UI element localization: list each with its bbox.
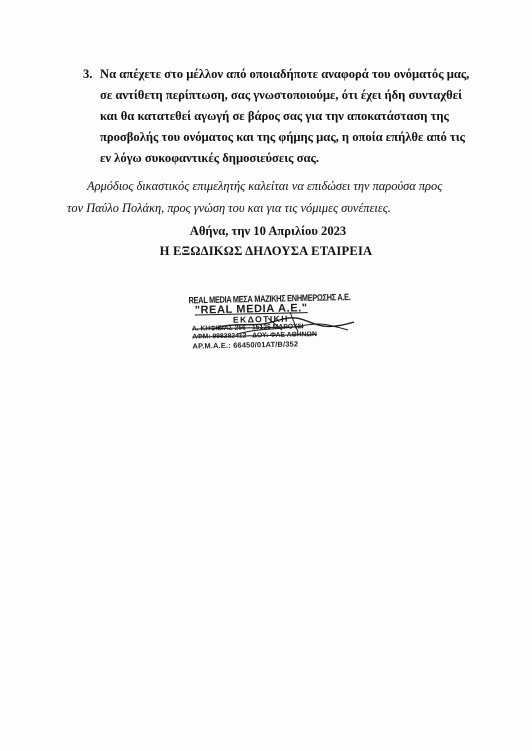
- date-line: Αθήνα, την 10 Απριλίου 2023: [0, 224, 532, 239]
- company-line: Η ΕΞΩΔΙΚΩΣ ΔΗΛΟΥΣΑ ΕΤΑΙΡΕΙΑ: [0, 244, 532, 259]
- paragraph-line: τον Παύλο Πολάκη, προς γνώση του και για…: [67, 197, 459, 219]
- paragraph-line: Αρμόδιος δικαστικός επιμελητής καλείται …: [67, 175, 459, 197]
- stamp-registry-number: ΑΡ.Μ.Α.Ε.: 66450/01ΑΤ/Β/352: [189, 338, 349, 350]
- item-line: Να απέχετε στο μέλλον από οποιαδήποτε αν…: [100, 64, 443, 85]
- item-text: Να απέχετε στο μέλλον από οποιαδήποτε αν…: [100, 64, 443, 169]
- item-line: σε αντίθετη περίπτωση, σας γνωστοποιούμε…: [100, 85, 443, 106]
- company-stamp: REAL MEDIA ΜΕΣΑ ΜΑΖΙΚΗΣ ΕΝΗΜΕΡΩΣΗΣ Α.Ε. …: [188, 291, 349, 350]
- bailiff-paragraph: Αρμόδιος δικαστικός επιμελητής καλείται …: [67, 175, 459, 219]
- document-page: 3. Να απέχετε στο μέλλον από οποιαδήποτε…: [0, 0, 532, 751]
- item-number: 3.: [83, 64, 92, 85]
- numbered-item-3: 3. Να απέχετε στο μέλλον από οποιαδήποτε…: [83, 64, 443, 169]
- item-line: και θα κατατεθεί αγωγή σε βάρος σας για …: [100, 106, 443, 127]
- item-line: προσβολής του ονόματος και της φήμης μας…: [100, 127, 443, 148]
- item-line: εν λόγω συκοφαντικές δημοσιεύσεις σας.: [100, 148, 443, 169]
